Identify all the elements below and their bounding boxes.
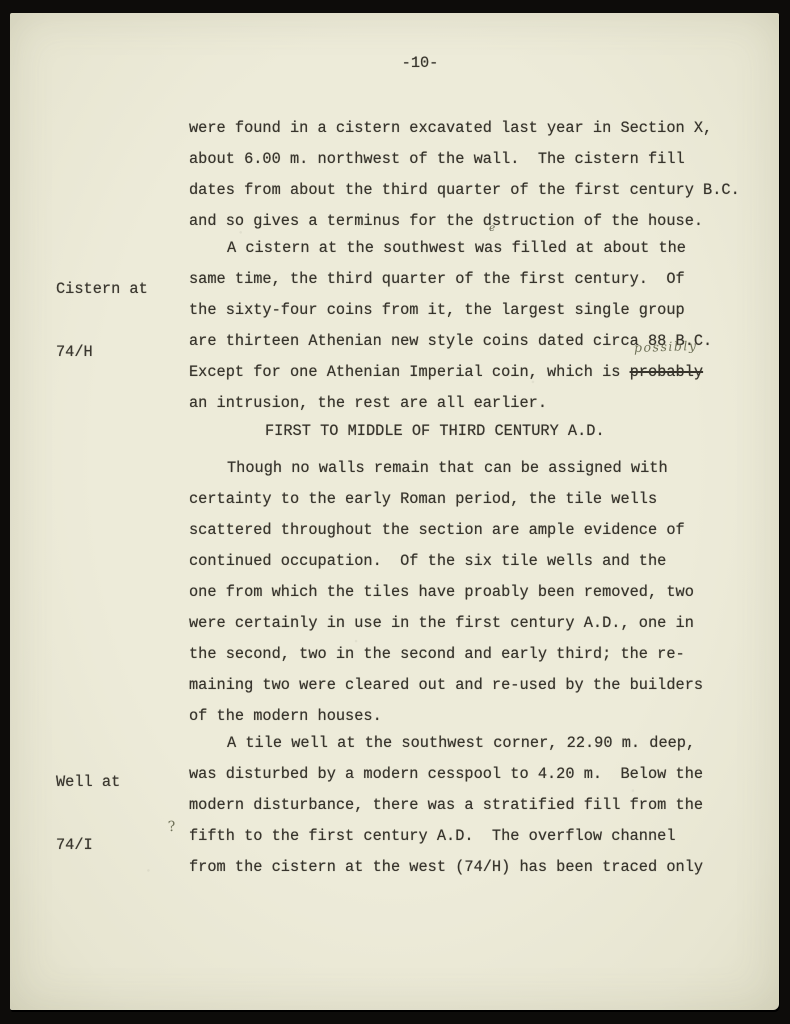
pencil-question-mark: ? (167, 819, 176, 835)
text-line: modern disturbance, there was a stratifi… (189, 790, 703, 821)
margin-note-line: 74/H (56, 342, 148, 363)
correction-wrap: probablypossibly (630, 357, 703, 388)
margin-note-cistern: Cistern at 74/H (56, 237, 148, 405)
text-line: A tile well at the southwest corner, 22.… (189, 728, 703, 759)
handwritten-correction: possibly (633, 339, 697, 355)
paragraph-3: Though no walls remain that can be assig… (189, 453, 703, 732)
paragraph-4: A tile well at the southwest corner, 22.… (189, 728, 703, 883)
paragraph-1: were found in a cistern excavated last y… (189, 113, 740, 237)
text-line: same time, the third quarter of the firs… (189, 264, 712, 295)
text-line: Though no walls remain that can be assig… (189, 453, 703, 484)
text-line: A cistern at the southwest was filled at… (189, 233, 712, 264)
text-line: about 6.00 m. northwest of the wall. The… (189, 144, 740, 175)
margin-note-well: Well at 74/I (56, 730, 120, 898)
struck-word: probably (630, 363, 703, 381)
page-number: -10- (360, 54, 480, 72)
margin-note-line: Well at (56, 772, 120, 793)
margin-note-line: 74/I (56, 835, 120, 856)
text-line: continued occupation. Of the six tile we… (189, 546, 703, 577)
text-line: the second, two in the second and early … (189, 639, 703, 670)
text-segment: Except for one Athenian Imperial coin, w… (189, 363, 630, 381)
text-line: an intrusion, the rest are all earlier. (189, 388, 712, 419)
document-page: -10- were found in a cistern excavated l… (10, 13, 779, 1010)
text-line: one from which the tiles have proably be… (189, 577, 703, 608)
text-line: Except for one Athenian Imperial coin, w… (189, 357, 712, 388)
text-line: maining two were cleared out and re-used… (189, 670, 703, 701)
text-line: scattered throughout the section are amp… (189, 515, 703, 546)
text-line: were certainly in use in the first centu… (189, 608, 703, 639)
text-line: the sixty-four coins from it, the larges… (189, 295, 712, 326)
text-line: dates from about the third quarter of th… (189, 175, 740, 206)
text-line: was disturbed by a modern cesspool to 4.… (189, 759, 703, 790)
text-segment: struction of the house. (492, 212, 703, 230)
margin-note-line: Cistern at (56, 279, 148, 300)
text-line: were found in a cistern excavated last y… (189, 113, 740, 144)
paragraph-2: A cistern at the southwest was filled at… (189, 233, 712, 419)
text-segment: and so gives a terminus for the d (189, 212, 492, 230)
text-line: fifth to the first century A.D. The over… (189, 821, 703, 852)
section-heading: FIRST TO MIDDLE OF THIRD CENTURY A.D. (265, 422, 605, 440)
text-line: from the cistern at the west (74/H) has … (189, 852, 703, 883)
text-line: certainty to the early Roman period, the… (189, 484, 703, 515)
